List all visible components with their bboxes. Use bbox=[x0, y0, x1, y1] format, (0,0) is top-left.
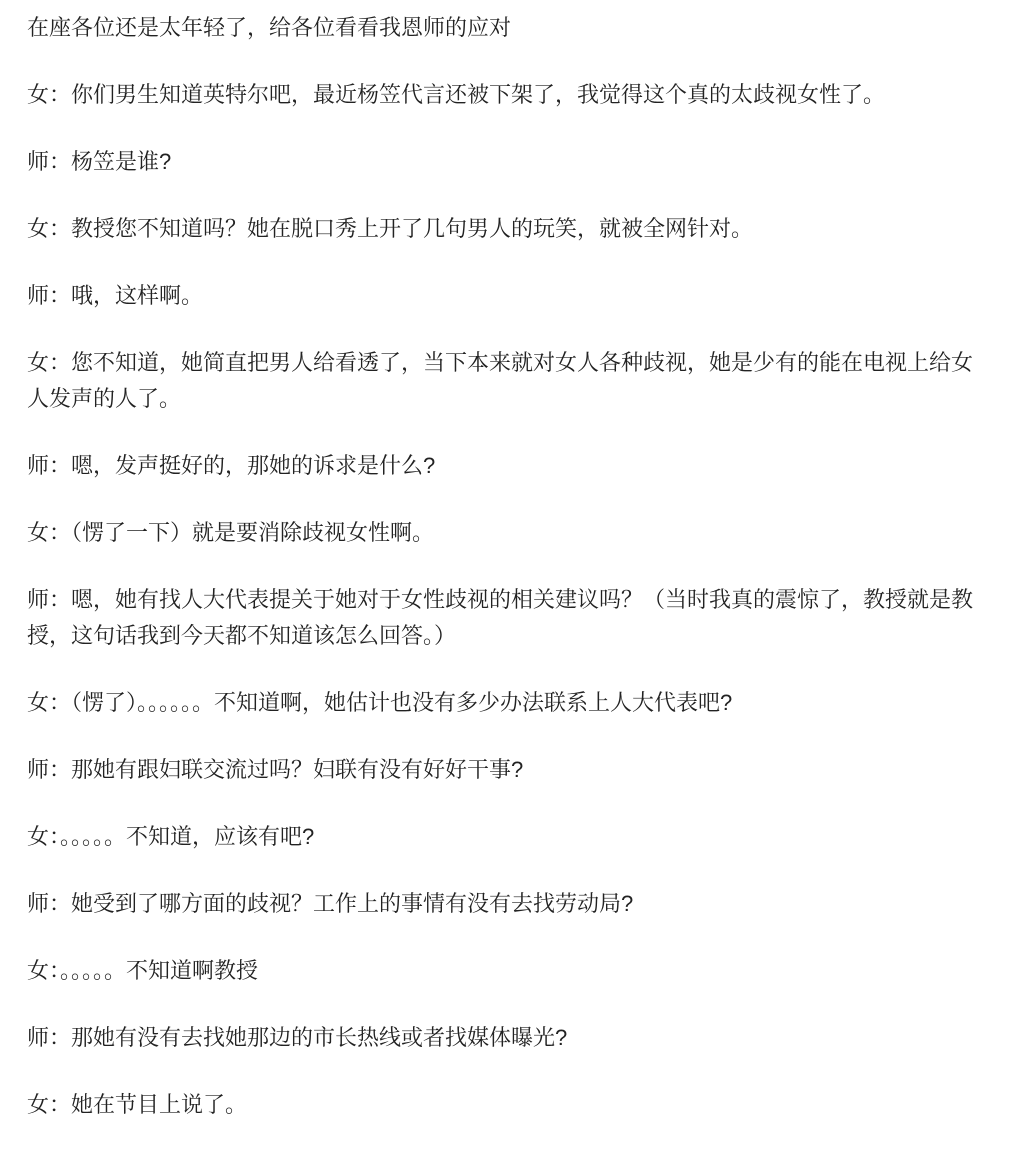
dialogue-paragraph: 师：她受到了哪方面的歧视？工作上的事情有没有去找劳动局? bbox=[27, 886, 994, 922]
dialogue-paragraph: 师：嗯，发声挺好的，那她的诉求是什么? bbox=[27, 448, 994, 484]
dialogue-paragraph: 女：（愣了一下）就是要消除歧视女性啊。 bbox=[27, 515, 994, 551]
dialogue-paragraph: 女：（愣了）。。。。。。不知道啊，她估计也没有多少办法联系上人大代表吧? bbox=[27, 685, 994, 721]
dialogue-paragraph: 女：她在节目上说了。 bbox=[27, 1087, 994, 1123]
dialogue-paragraph: 师：那她有跟妇联交流过吗？妇联有没有好好干事? bbox=[27, 752, 994, 788]
dialogue-paragraph: 师：哦，这样啊。 bbox=[27, 278, 994, 314]
dialogue-paragraph: 女：教授您不知道吗？她在脱口秀上开了几句男人的玩笑，就被全网针对。 bbox=[27, 211, 994, 247]
dialogue-paragraph: 师：嗯，她有找人大代表提关于她对于女性歧视的相关建议吗？（当时我真的震惊了，教授… bbox=[27, 582, 994, 654]
intro-paragraph: 在座各位还是太年轻了，给各位看看我恩师的应对 bbox=[27, 10, 994, 46]
post-content: 在座各位还是太年轻了，给各位看看我恩师的应对 女：你们男生知道英特尔吧，最近杨笠… bbox=[0, 0, 1029, 1123]
dialogue-paragraph: 师：那她有没有去找她那边的市长热线或者找媒体曝光? bbox=[27, 1020, 994, 1056]
dialogue-paragraph: 女：。。。。。不知道，应该有吧? bbox=[27, 819, 994, 855]
dialogue-paragraph: 女：您不知道，她简直把男人给看透了，当下本来就对女人各种歧视，她是少有的能在电视… bbox=[27, 345, 994, 417]
dialogue-paragraph: 师：杨笠是谁? bbox=[27, 144, 994, 180]
dialogue-paragraph: 女：。。。。。不知道啊教授 bbox=[27, 953, 994, 989]
dialogue-paragraph: 女：你们男生知道英特尔吧，最近杨笠代言还被下架了，我觉得这个真的太歧视女性了。 bbox=[27, 77, 994, 113]
